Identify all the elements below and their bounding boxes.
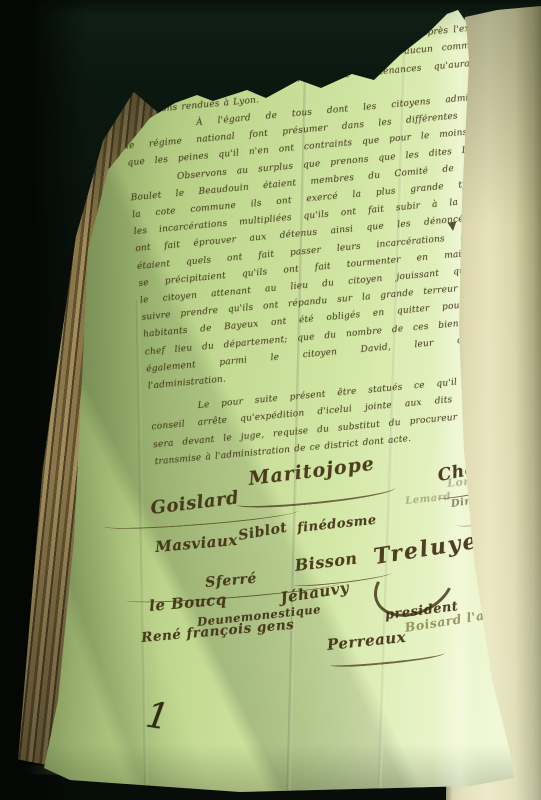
signature: le Boucq [148, 590, 227, 615]
signature: Goislard [149, 487, 240, 519]
signature: finédosme [296, 513, 377, 536]
signature: Sferré [205, 571, 258, 591]
signature: Bisson [294, 548, 359, 575]
signature: Maritojope [247, 453, 376, 490]
signature: Siblot [237, 520, 288, 544]
archival-photo: l'administration Du district.la lecture … [0, 0, 541, 800]
signature: Lemard [405, 491, 452, 507]
signature: Masviaux [154, 531, 238, 556]
signature: Perreaux [326, 628, 407, 654]
